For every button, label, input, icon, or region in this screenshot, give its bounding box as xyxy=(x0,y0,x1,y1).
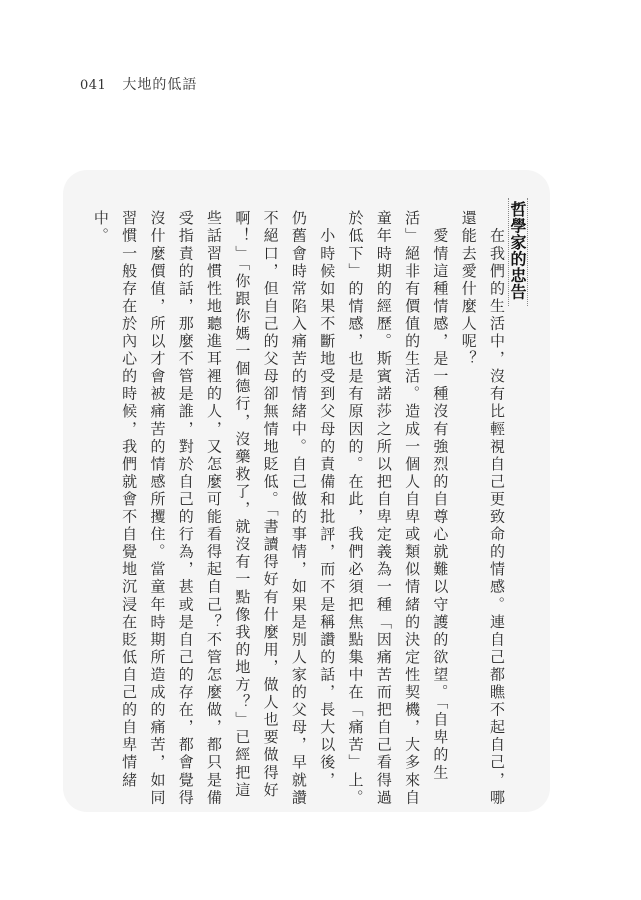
text-line: 童年時期的經歷。斯賓諾莎之所以把自卑定義為一種「因痛苦而把自己看得過 xyxy=(370,210,398,790)
text-line: 受指責的話，那麼不管是誰，對於自己的行為，甚或是自己的存在，都會覺得 xyxy=(171,210,199,790)
book-title: 大地的低語 xyxy=(122,74,197,94)
text-line: 不絕口，但自己的父母卻無情地貶低。「書讀得好有什麼用，做人也要做得好 xyxy=(256,210,284,790)
text-line: 啊！」「你跟你媽一個德行，沒藥救了，就沒有一點像我的地方？」已經把這 xyxy=(228,210,256,790)
text-line: 些話習慣性地聽進耳裡的人，又怎麼可能看得起自己？不管怎麼做，都只是備 xyxy=(200,210,228,790)
text-line: 愛情這種情感，是一種沒有強烈的自尊心就難以守護的欲望。「自卑的生 xyxy=(426,210,454,790)
text-line: 習慣一般存在於內心的時候，我們就會不自覺地沉浸在貶低自己的自卑情緒 xyxy=(115,210,143,790)
box-body-text: 在我們的生活中，沒有比輕視自己更致命的情感。連自己都瞧不起自己，哪 還能去愛什麼… xyxy=(87,210,511,790)
text-line: 還能去愛什麼人呢？ xyxy=(454,210,482,790)
box-heading: 哲學家的忠告 xyxy=(508,198,528,306)
text-line: 於低下」的情感，也是有原因的。在此，我們必須把焦點集中在「痛苦」上。 xyxy=(341,210,369,790)
text-line: 仍舊會時常陷入痛苦的情緒中。自己做的事情，如果是別人家的父母，早就讚 xyxy=(285,210,313,790)
text-line: 中。 xyxy=(87,210,115,790)
text-line: 在我們的生活中，沒有比輕視自己更致命的情感。連自己都瞧不起自己，哪 xyxy=(483,210,511,790)
text-line: 活」絕非有價值的生活。造成一個人自卑或類似情緒的決定性契機，大多來自 xyxy=(398,210,426,790)
running-header: 041 大地的低語 xyxy=(80,74,197,94)
text-line: 小時候如果不斷地受到父母的責備和批評，而不是稱讚的話，長大以後， xyxy=(313,210,341,790)
text-line: 沒什麼價值，所以才會被痛苦的情感所攫住。當童年時期所造成的痛苦，如同 xyxy=(143,210,171,790)
page-number: 041 xyxy=(80,78,106,93)
